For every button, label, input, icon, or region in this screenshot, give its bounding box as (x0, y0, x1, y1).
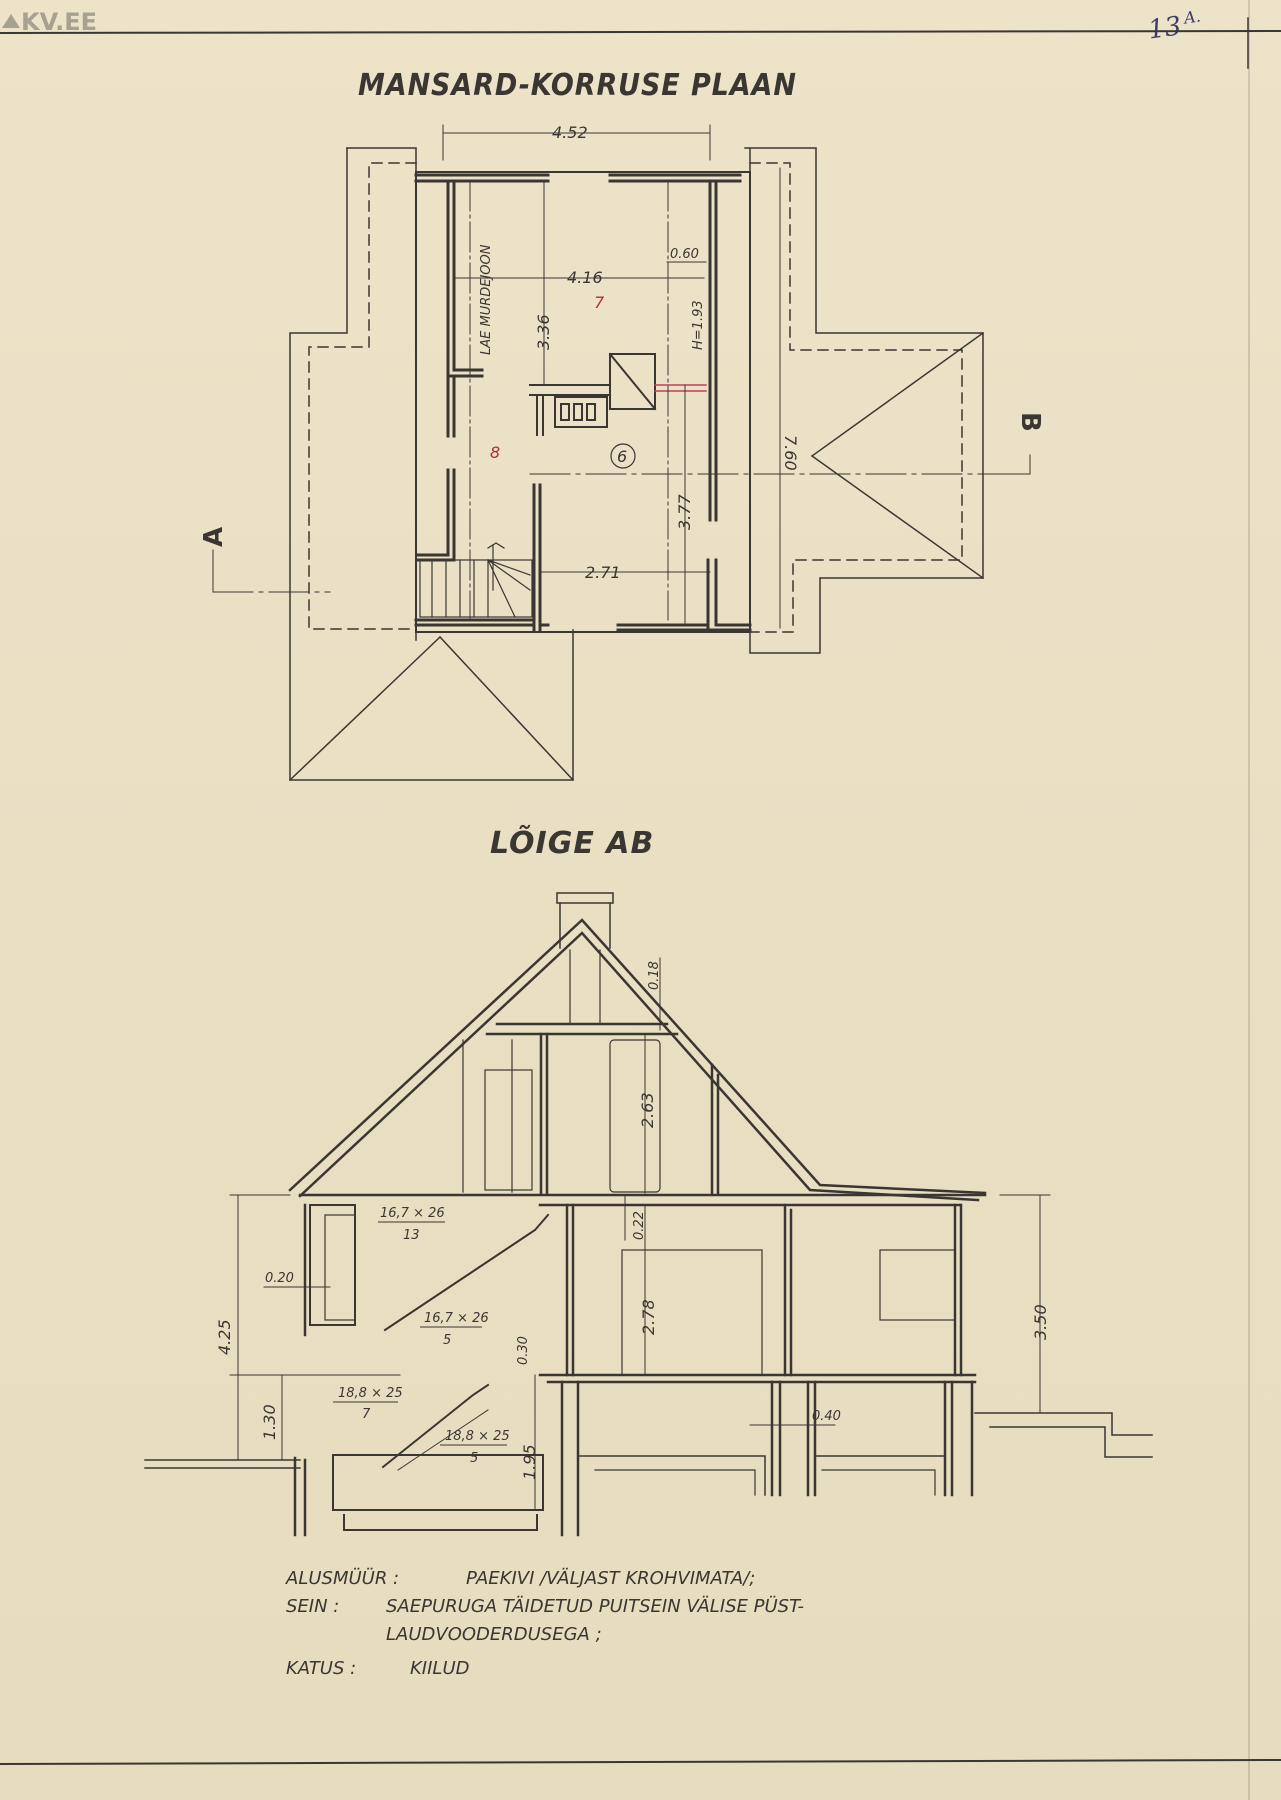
bottom-border-line (0, 1760, 1281, 1764)
plan-stove (530, 354, 706, 435)
dim-floor-thickness: 0.22 (632, 1211, 647, 1240)
stair-label-size: 16,7 × 26 (380, 1206, 445, 1221)
plan-dashed-outline (309, 163, 962, 632)
top-border-line (0, 31, 1281, 33)
dim-closet-depth: 0.60 (670, 247, 699, 262)
dim-room-length: 3.36 (534, 314, 553, 350)
stair-label-count: 5 (443, 1333, 451, 1348)
plan-dimension-labels: 4.52 4.16 0.60 H=1.93 3.36 3.77 2.71 7.6… (199, 123, 1045, 582)
label-ceiling-break-line: LAE MURDEJOON (479, 244, 494, 355)
dim-cellar-height: 1.95 (520, 1444, 539, 1480)
dim-eave-height: 3.50 (1031, 1304, 1050, 1340)
dim-attic-height: 2.63 (638, 1092, 657, 1128)
dim-total-height-left: 4.25 (215, 1319, 234, 1355)
note-wall: SEIN : SAEPURUGA TÄIDETUD PUITSEIN VÄLIS… (286, 1593, 804, 1621)
note-roof: KATUS : KIILUD (286, 1655, 804, 1683)
stair-label-size: 16,7 × 26 (424, 1311, 489, 1326)
stair-label-count: 13 (403, 1228, 420, 1243)
dim-foundation-wall: 0.40 (812, 1409, 841, 1424)
dim-plinth-height: 1.30 (260, 1404, 279, 1440)
stair-label-count: 5 (470, 1451, 478, 1466)
dim-roof-thickness: 0.18 (647, 961, 662, 990)
stair-label-size: 18,8 × 25 (338, 1386, 403, 1401)
label-room-8: 8 (490, 443, 500, 462)
note-wall-continuation: LAUDVOODERDUSEGA ; (286, 1621, 804, 1649)
dim-ceiling-height: H=1.93 (691, 300, 706, 350)
dim-ground-floor-height: 2.78 (639, 1299, 658, 1335)
material-notes: ALUSMÜÜR : PAEKIVI /VÄLJAST KROHVIMATA/;… (286, 1565, 804, 1683)
stair-label-count: 7 (362, 1407, 371, 1422)
dim-wall-thickness: 0.20 (265, 1271, 294, 1286)
dim-hall-width: 2.71 (585, 563, 621, 582)
plan-walls (416, 172, 750, 632)
drawing-canvas: 4.52 4.16 0.60 H=1.93 3.36 3.77 2.71 7.6… (0, 0, 1281, 1800)
dim-hall-length: 3.77 (675, 494, 694, 530)
dim-wing-length: 7.60 (781, 435, 800, 471)
section-mark-b: B (1015, 412, 1045, 432)
section-dimension-labels: 0.18 2.63 0.22 2.78 3.50 4.25 0.20 0.30 … (215, 961, 1050, 1480)
dim-slab-thickness: 0.30 (516, 1336, 531, 1365)
note-foundation: ALUSMÜÜR : PAEKIVI /VÄLJAST KROHVIMATA/; (286, 1565, 804, 1593)
section-mark-a: A (199, 527, 229, 547)
dim-room-width: 4.16 (567, 268, 603, 287)
label-room-6: 6 (617, 447, 627, 466)
plan-dimension-lines (213, 125, 1030, 628)
dim-overall-width: 4.52 (552, 123, 588, 142)
label-room-7: 7 (594, 293, 605, 312)
stair-label-size: 18,8 × 25 (445, 1429, 510, 1444)
plan-roof-outline (290, 148, 983, 780)
